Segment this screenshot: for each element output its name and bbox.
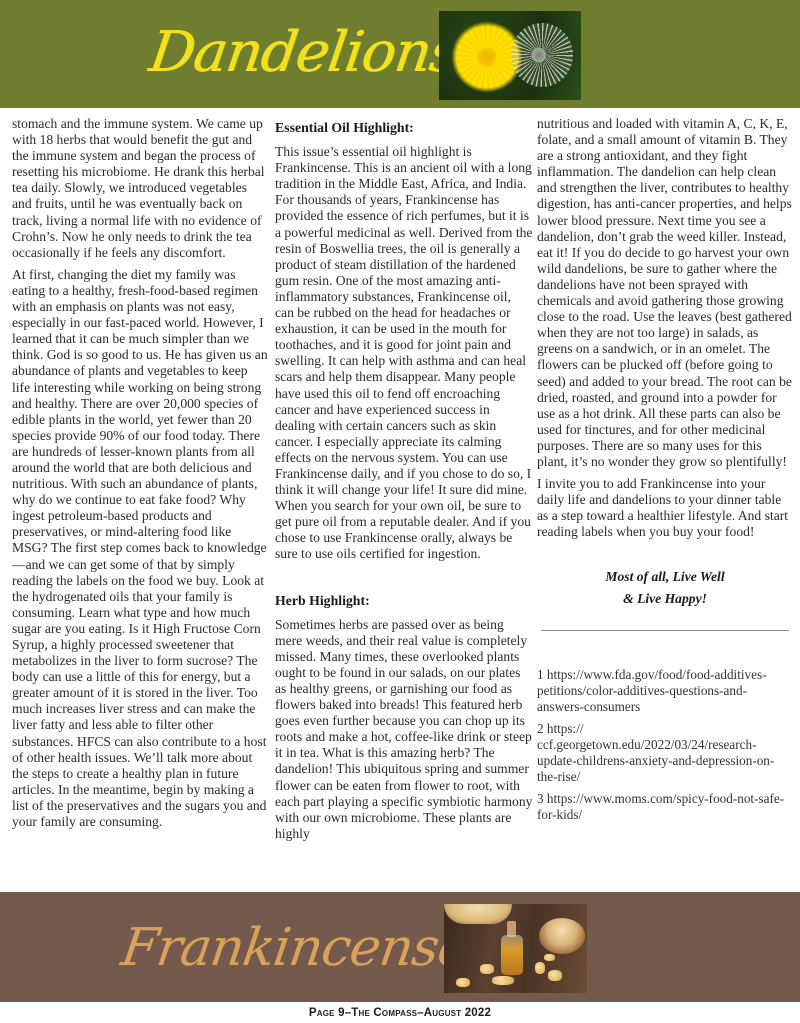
paragraph: stomach and the immune system. We came u… (12, 116, 268, 261)
dandelions-banner-title: Dandelions (144, 12, 441, 94)
page-footer: Page 9–The Compass–August 2022 (0, 1004, 800, 1022)
dandelion-seed-head-icon (511, 23, 573, 87)
resin-piece-icon (548, 970, 562, 981)
footnote-2: 2 https:// ccf.georgetown.edu/2022/03/24… (537, 721, 793, 785)
herb-paragraph: Sometimes herbs are passed over as being… (275, 617, 533, 842)
paragraph: At first, changing the diet my family wa… (12, 267, 268, 830)
essential-oil-heading: Essential Oil Highlight: (275, 120, 533, 136)
herb-heading: Herb Highlight: (275, 593, 533, 609)
closing-message: Most of all, Live Well & Live Happy! (537, 566, 793, 610)
resin-bowl-icon (539, 918, 585, 954)
article-column-2: Essential Oil Highlight: This issue’s es… (275, 116, 533, 848)
paragraph: I invite you to add Frankincense into yo… (537, 476, 793, 540)
paragraph: nutritious and loaded with vitamin A, C,… (537, 116, 793, 470)
dandelions-banner: Dandelions (0, 0, 800, 108)
frankincense-photo (444, 904, 587, 993)
frankincense-banner-title: Frankincense (116, 906, 450, 990)
article-column-1: stomach and the immune system. We came u… (12, 116, 268, 836)
dandelion-photo (439, 11, 581, 100)
footnotes: 1 https://www.fda.gov/food/food-additive… (537, 667, 793, 823)
resin-piece-icon (456, 978, 470, 987)
footnote-1: 1 https://www.fda.gov/food/food-additive… (537, 667, 793, 715)
resin-piece-icon (544, 954, 555, 961)
closing-line-2: & Live Happy! (537, 588, 793, 610)
essential-oil-paragraph: This issue’s essential oil highlight is … (275, 144, 533, 562)
footnote-3: 3 https://www.moms.com/spicy-food-not-sa… (537, 791, 793, 823)
closing-line-1: Most of all, Live Well (537, 566, 793, 588)
footnote-divider (541, 630, 789, 631)
article-body: stomach and the immune system. We came u… (0, 116, 800, 886)
resin-piece-icon (492, 976, 514, 985)
resin-piece-icon (535, 962, 545, 974)
resin-piece-icon (480, 964, 494, 974)
oil-bottle-icon (501, 935, 523, 975)
frankincense-banner: Frankincense (0, 892, 800, 1002)
resin-bowl-icon (444, 904, 512, 924)
article-column-3: nutritious and loaded with vitamin A, C,… (537, 116, 793, 829)
